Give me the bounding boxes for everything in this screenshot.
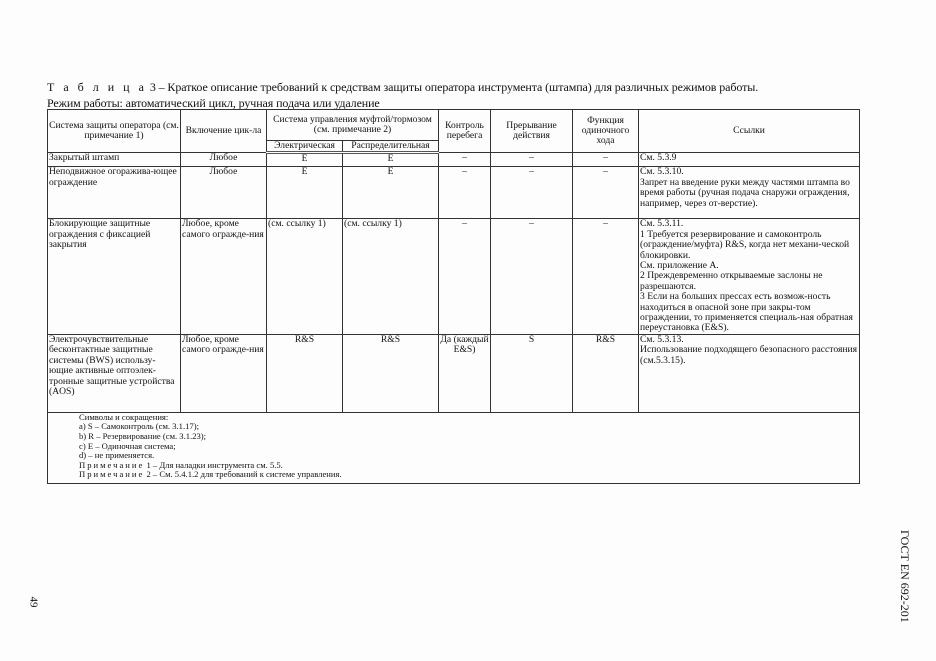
cell-single: – (573, 167, 639, 219)
table-footer: Символы и сокращения: a) S – Самоконтрол… (48, 412, 860, 483)
header-clutch-brake-control: Система управления муфтой/тормозом (см. … (267, 110, 439, 141)
cell-electric: (см. ссылку 1) (267, 219, 343, 334)
cell-engagement: Любое, кроме самого огражде-ния (181, 334, 267, 412)
document-standard-title: ГОСТ EN 692-201 (897, 530, 912, 623)
cell-system: Блокирующие защитные ограждения с фиксац… (48, 219, 181, 334)
symbol-item: b) R – Резервирование (см. 3.1.23); (79, 432, 858, 442)
cell-electric: E (267, 153, 343, 167)
table-caption: Т а б л и ц а 3 – Краткое описание требо… (47, 80, 758, 95)
header-action-interrupt: Прерывание действия (491, 110, 573, 153)
cell-single: – (573, 219, 639, 334)
symbol-item: c) E – Одиночная система; (79, 442, 858, 452)
cell-system: Неподвижное огоражива-ющее ограждение (48, 167, 181, 219)
cell-interrupt: – (491, 219, 573, 334)
cell-single: R&S (573, 334, 639, 412)
note-text: 1 – Для наладки инструмента см. 5.5. (144, 460, 283, 470)
table-caption-text: 3 – Краткое описание требований к средст… (147, 80, 758, 94)
cell-overrun: Да (каждый E&S) (439, 334, 491, 412)
cell-refs: См. 5.3.11. 1 Требуется резервирование и… (639, 219, 860, 334)
header-row: Система защиты оператора (см. примечание… (48, 110, 860, 141)
note-text: 2 – См. 5.4.1.2 для требований к системе… (144, 469, 341, 479)
page-number: 49 (28, 597, 40, 608)
table-row: Неподвижное огоражива-ющее ограждение Лю… (48, 167, 860, 219)
header-distributive: Распределительная (343, 141, 439, 153)
table-label: Т а б л и ц а (47, 80, 147, 94)
cell-overrun: – (439, 219, 491, 334)
cell-interrupt: S (491, 334, 573, 412)
cell-system: Закрытый штамп (48, 153, 181, 167)
cell-refs: См. 5.3.9 (639, 153, 860, 167)
header-electric: Электрическая (267, 141, 343, 153)
cell-single: – (573, 153, 639, 167)
cell-distributive: E (343, 153, 439, 167)
cell-engagement: Любое, кроме самого огражде-ния (181, 219, 267, 334)
header-overrun-control: Контроль перебега (439, 110, 491, 153)
header-single-stroke: Функция одиночного хода (573, 110, 639, 153)
table-footer-row: Символы и сокращения: a) S – Самоконтрол… (48, 412, 860, 483)
note-label: Примечание (79, 460, 144, 470)
cell-engagement: Любое (181, 167, 267, 219)
cell-overrun: – (439, 167, 491, 219)
cell-electric: R&S (267, 334, 343, 412)
cell-distributive: (см. ссылку 1) (343, 219, 439, 334)
header-references: Ссылки (639, 110, 860, 153)
cell-distributive: E (343, 167, 439, 219)
note-label: Примечание (79, 469, 144, 479)
cell-interrupt: – (491, 153, 573, 167)
cell-engagement: Любое (181, 153, 267, 167)
cell-interrupt: – (491, 167, 573, 219)
header-cycle-engagement: Включение цик-ла (181, 110, 267, 153)
requirements-table: Система защиты оператора (см. примечание… (47, 109, 860, 484)
cell-refs: См. 5.3.10. Запрет на введение руки межд… (639, 167, 860, 219)
cell-electric: E (267, 167, 343, 219)
table-row: Блокирующие защитные ограждения с фиксац… (48, 219, 860, 334)
cell-system: Электрочувствительные бесконтактные защи… (48, 334, 181, 412)
cell-refs: См. 5.3.13. Использование подходящего бе… (639, 334, 860, 412)
table-row: Электрочувствительные бесконтактные защи… (48, 334, 860, 412)
table-row: Закрытый штамп Любое E E – – – См. 5.3.9 (48, 153, 860, 167)
cell-distributive: R&S (343, 334, 439, 412)
cell-overrun: – (439, 153, 491, 167)
note-2: Примечание 2 – См. 5.4.1.2 для требовани… (79, 470, 858, 480)
header-protection-system: Система защиты оператора (см. примечание… (48, 110, 181, 153)
